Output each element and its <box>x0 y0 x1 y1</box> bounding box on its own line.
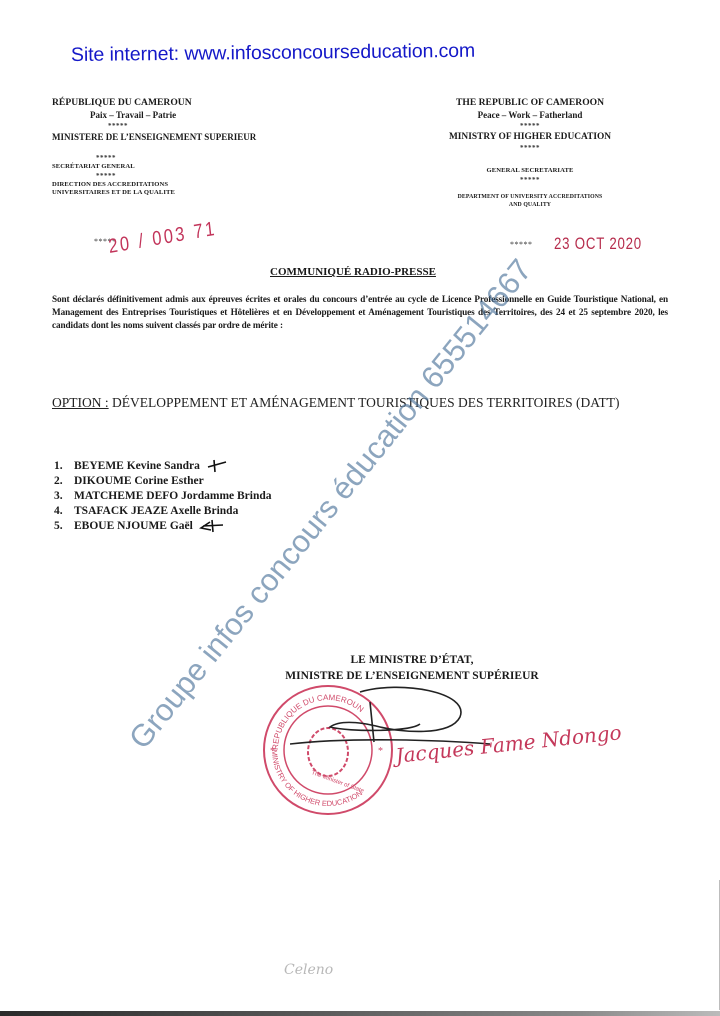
website-banner: Site internet: www.infosconcourseducatio… <box>71 40 475 67</box>
department-en-line2: AND QUALITY <box>430 201 630 209</box>
option-heading: OPTION : DÉVELOPPEMENT ET AMÉNAGEMENT TO… <box>52 395 672 410</box>
candidate-row: 4.TSAFACK JEAZE Axelle Brinda <box>54 504 272 519</box>
department-en-line1: DEPARTMENT OF UNIVERSITY ACCREDITATIONS <box>430 193 630 201</box>
check-mark-icon <box>199 519 225 533</box>
department-fr-line1: DIRECTION DES ACCREDITATIONS <box>52 181 312 189</box>
option-text: DÉVELOPPEMENT ET AMÉNAGEMENT TOURISTIQUE… <box>109 395 620 410</box>
separator: ***** <box>430 143 630 153</box>
candidate-name: DIKOUME Corine Esther <box>74 475 204 487</box>
candidate-rank: 3. <box>54 489 74 504</box>
candidate-row: 2.DIKOUME Corine Esther <box>54 474 272 489</box>
motto-fr: Paix – Travail – Patrie <box>52 109 312 121</box>
candidate-name: TSAFACK JEAZE Axelle Brinda <box>74 505 238 517</box>
separator: ***** <box>430 121 630 131</box>
candidate-row: 1.BEYEME Kevine Sandra <box>54 459 272 474</box>
signatory-line1: LE MINISTRE D’ÉTAT, <box>262 652 562 668</box>
separator: ***** <box>52 121 312 131</box>
motto-en: Peace – Work – Fatherland <box>430 109 630 121</box>
svg-text:*: * <box>270 746 275 757</box>
candidate-name: BEYEME Kevine Sandra <box>74 460 200 472</box>
reference-number-stamp: 20 / 003 71 <box>107 218 218 259</box>
website-label: Site internet: <box>71 43 179 66</box>
country-en: THE REPUBLIC OF CAMEROON <box>430 97 630 109</box>
scan-bottom-edge <box>0 1011 720 1016</box>
separator: ***** <box>430 175 630 185</box>
candidate-rank: 5. <box>54 519 74 534</box>
check-mark-icon <box>206 459 228 473</box>
date-separator: ***** <box>510 240 533 249</box>
document-title: COMMUNIQUÉ RADIO-PRESSE <box>270 266 436 278</box>
candidate-name: EBOUE NJOUME Gaël <box>74 520 193 532</box>
website-url[interactable]: www.infosconcourseducation.com <box>184 40 475 65</box>
date-stamp: 23 OCT 2020 <box>554 234 642 254</box>
option-label: OPTION : <box>52 395 109 410</box>
candidate-rank: 4. <box>54 504 74 519</box>
candidate-name: MATCHEME DEFO Jordamme Brinda <box>74 490 272 502</box>
separator: ***** <box>52 153 312 163</box>
handwritten-note: Celeno <box>284 962 333 978</box>
header-french: RÉPUBLIQUE DU CAMEROUN Paix – Travail – … <box>52 97 312 197</box>
secretariat-fr: SECRÉTARIAT GENERAL <box>52 163 312 171</box>
ministry-en: MINISTRY OF HIGHER EDUCATION <box>430 131 630 143</box>
candidate-list: 1.BEYEME Kevine Sandra 2.DIKOUME Corine … <box>54 459 272 534</box>
candidate-rank: 1. <box>54 459 74 474</box>
secretariat-en: GENERAL SECRETARIATE <box>430 167 630 175</box>
candidate-rank: 2. <box>54 474 74 489</box>
candidate-row: 5.EBOUE NJOUME Gaël <box>54 519 272 534</box>
intro-paragraph: Sont déclarés définitivement admis aux é… <box>52 293 668 332</box>
candidate-row: 3.MATCHEME DEFO Jordamme Brinda <box>54 489 272 504</box>
header-english: THE REPUBLIC OF CAMEROON Peace – Work – … <box>430 97 630 209</box>
country-fr: RÉPUBLIQUE DU CAMEROUN <box>52 97 312 109</box>
separator: ***** <box>52 171 312 181</box>
department-fr-line2: UNIVERSITAIRES ET DE LA QUALITE <box>52 189 312 197</box>
ministry-fr: MINISTERE DE L’ENSEIGNEMENT SUPERIEUR <box>52 131 312 143</box>
